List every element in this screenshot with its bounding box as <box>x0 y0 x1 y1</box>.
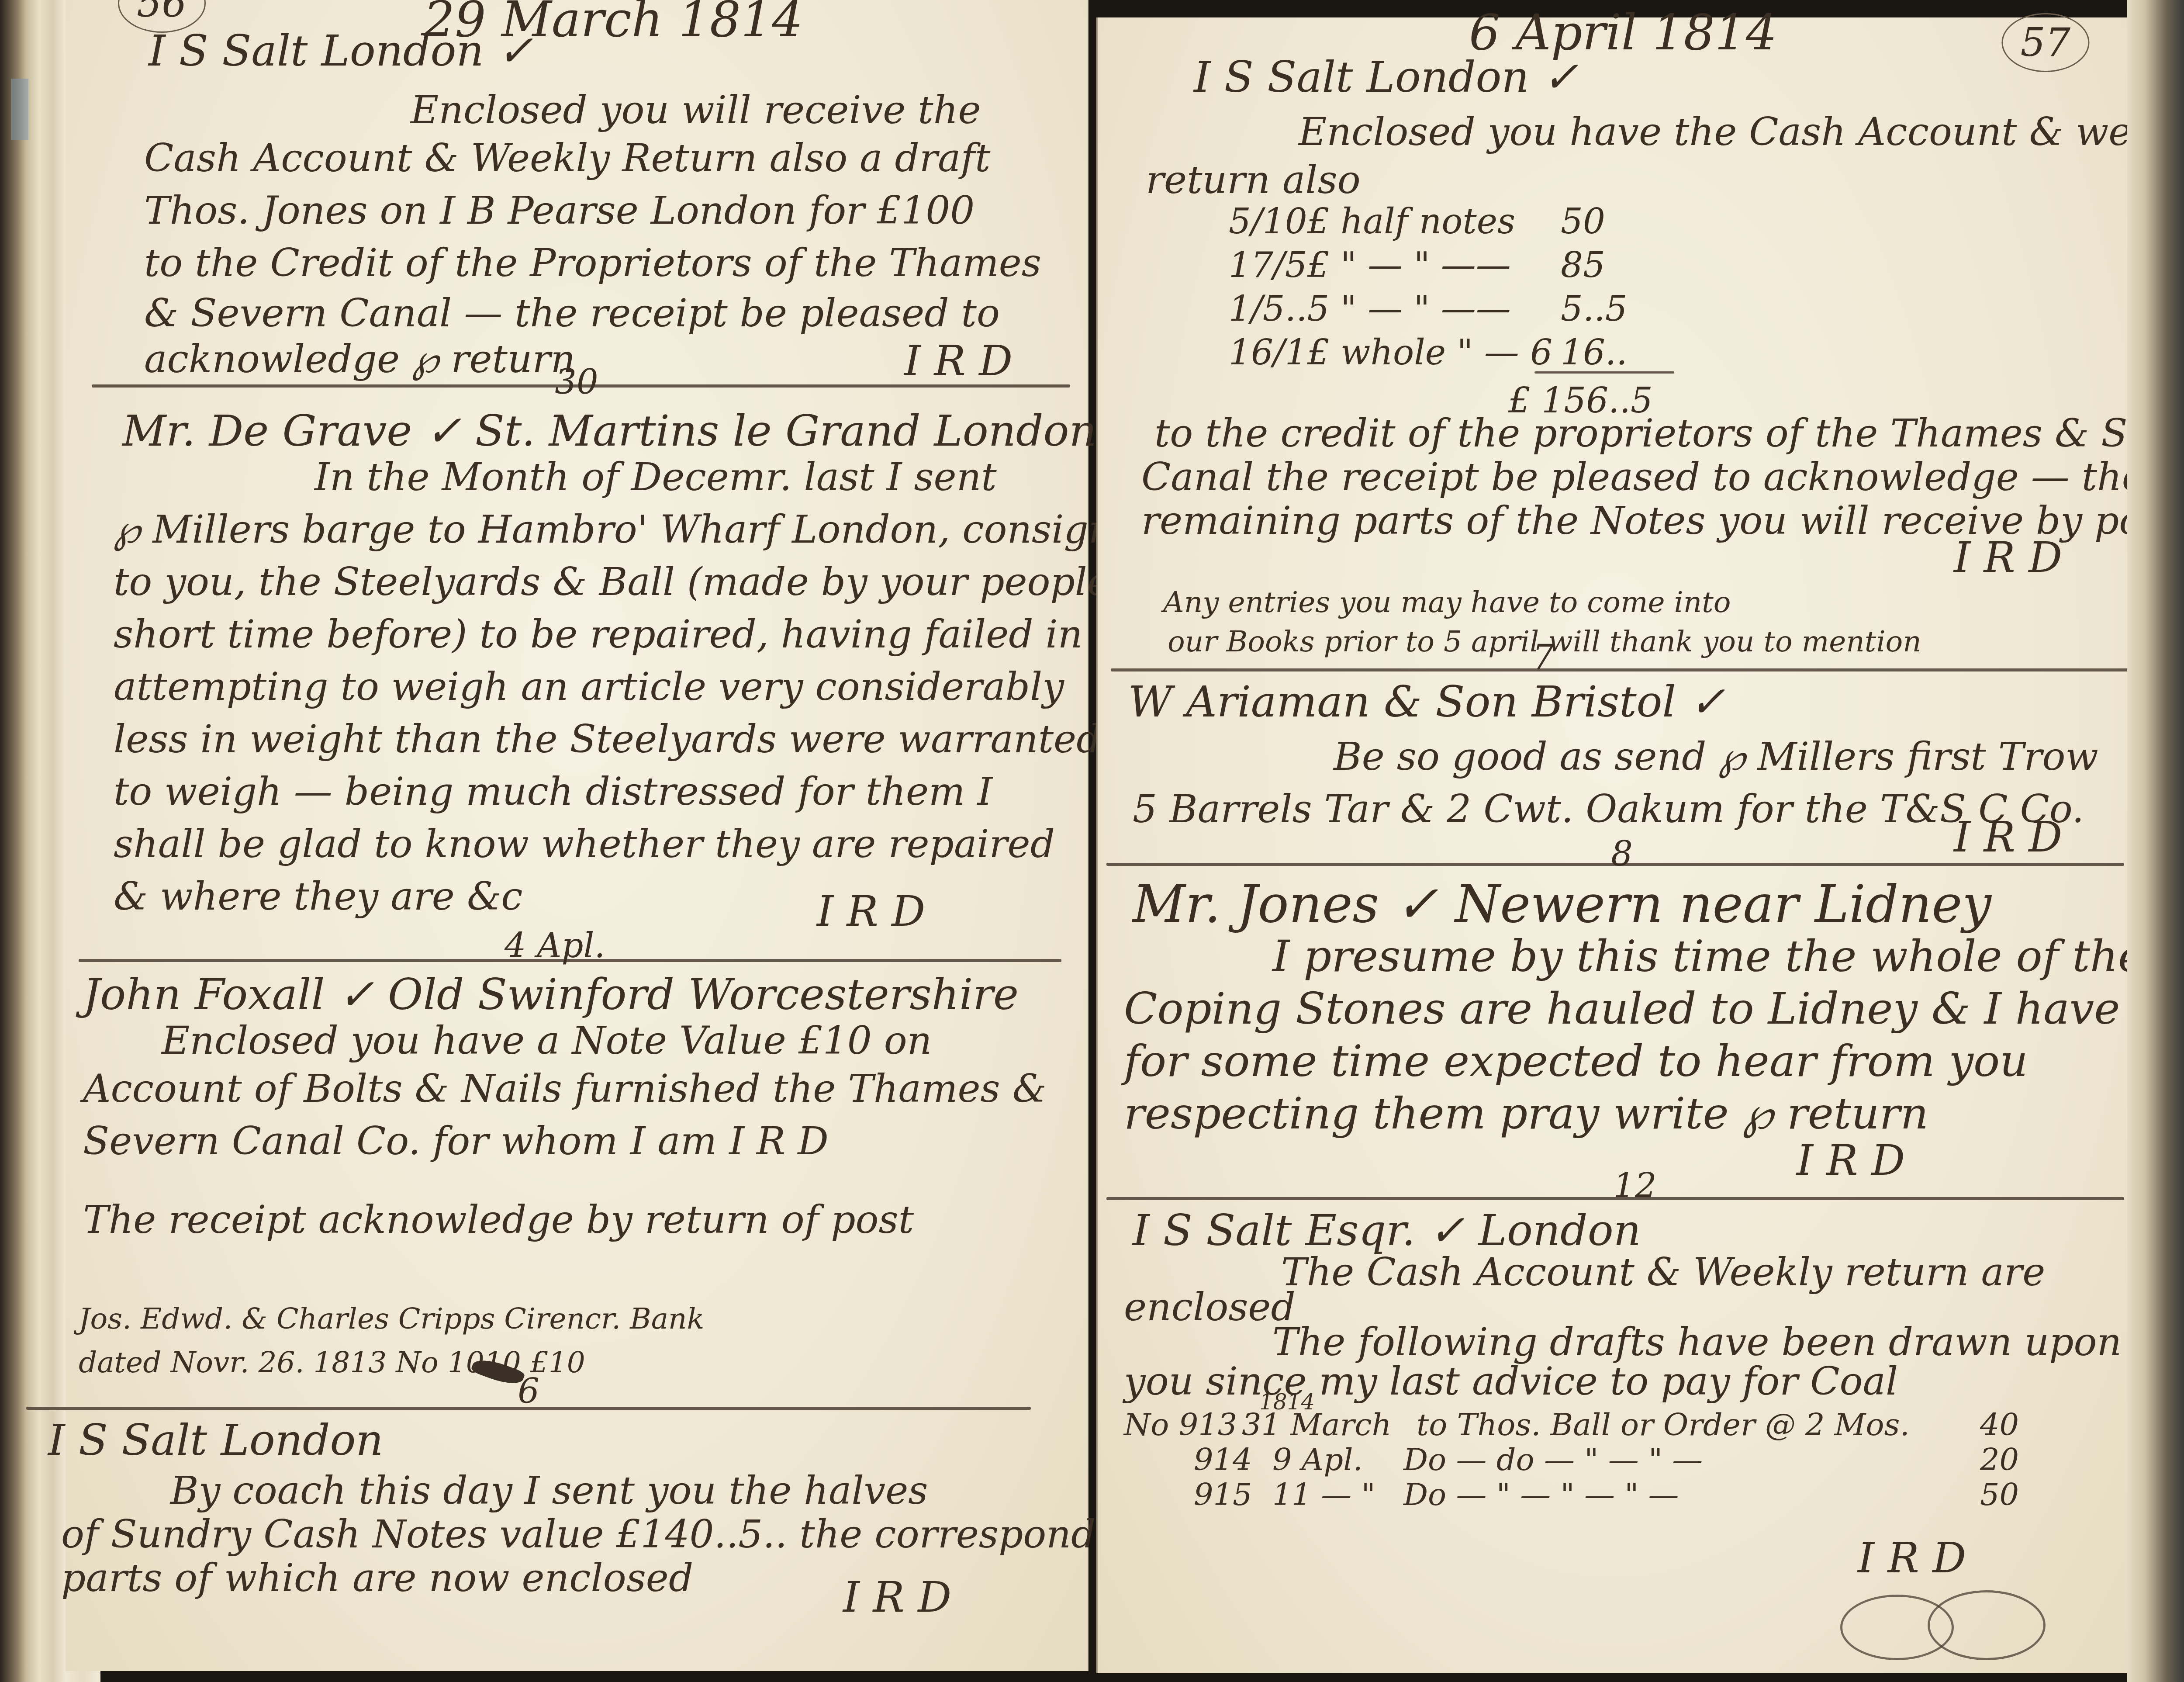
entry-line: shall be glad to know whether they are r… <box>114 821 1055 866</box>
entry-line: to the Credit of the Proprietors of the … <box>144 240 1041 285</box>
notes-amount: 5..5 <box>1561 288 1628 329</box>
entry-line: respecting them pray write ℘ return <box>1124 1088 1928 1139</box>
notes-amount: 85 <box>1561 245 1605 285</box>
entry-line: Enclosed you have the Cash Account & wee… <box>1299 109 2184 154</box>
entry-line: acknowledge ℘ return <box>144 336 575 381</box>
entry-line: you since my last advice to pay for Coal <box>1124 1359 1898 1404</box>
entry-line: Be so good as send ℘ Millers first Trow <box>1334 734 2098 779</box>
entry-line: Severn Canal Co. for whom I am I R D <box>83 1118 829 1163</box>
postscript-line: Any entries you may have to come into <box>1163 585 1731 619</box>
draft-payee: Do — " — " — " — <box>1403 1477 1679 1512</box>
entry-line: of Sundry Cash Notes value £140..5.. the… <box>61 1512 1133 1557</box>
entry-line: to weigh — being much distressed for the… <box>114 769 992 814</box>
entry-line: 5 Barrels Tar & 2 Cwt. Oakum for the T&S… <box>1133 786 2084 831</box>
entry-addressee: I S Salt London <box>48 1416 384 1465</box>
right-page-edges <box>2127 0 2184 1682</box>
entry-line: parts of which are now enclosed <box>61 1555 693 1600</box>
draft-no: 914 <box>1194 1442 1252 1478</box>
entry-line: Coping Stones are hauled to Lidney & I h… <box>1124 983 2120 1034</box>
draft-date: 11 — " <box>1272 1477 1375 1512</box>
sum-rule <box>1534 371 1674 374</box>
signature: I R D <box>1858 1533 1966 1582</box>
entry-addressee: W Ariaman & Son Bristol ✓ <box>1128 677 1725 727</box>
signature: I R D <box>904 336 1013 385</box>
divider-date: 8 <box>1611 834 1633 874</box>
entry-line: to you, the Steelyards & Ball (made by y… <box>114 559 1145 604</box>
entry-addressee: Mr. Jones ✓ Newern near Lidney <box>1133 874 1991 934</box>
notes-amount: 50 <box>1561 201 1605 242</box>
notes-amount: 16.. <box>1561 332 1628 373</box>
entry-line: By coach this day I sent you the halves <box>170 1468 928 1513</box>
entry-line: less in weight than the Steelyards were … <box>114 716 1101 761</box>
entry-line: enclosed <box>1124 1284 1296 1329</box>
right-page: 57 6 April 1814 I S Salt London ✓ Enclos… <box>1096 17 2129 1673</box>
entry-line: ℘ Millers barge to Hambro' Wharf London,… <box>114 507 1161 552</box>
signature: I R D <box>1954 533 2062 582</box>
entry-line: for some time expected to hear from you <box>1124 1035 2028 1087</box>
notes-item: 17/5£ " — " —— <box>1229 245 1511 285</box>
draft-amount: 20 <box>1980 1442 2019 1478</box>
divider-date: 12 <box>1613 1166 1656 1206</box>
entry-addressee: John Foxall ✓ Old Swinford Worcestershir… <box>83 970 1019 1020</box>
draft-date: 31 March <box>1242 1407 1391 1443</box>
entry-line: return also <box>1146 157 1361 202</box>
entry-line: attempting to weigh an article very cons… <box>114 664 1064 709</box>
entry-line: Cash Account & Weekly Return also a draf… <box>144 135 990 180</box>
entry-line: & where they are &c <box>114 874 523 919</box>
entry-addressee: I S Salt London ✓ <box>149 26 533 76</box>
notes-item: 1/5..5 " — " —— <box>1229 288 1511 329</box>
draft-no: 915 <box>1194 1477 1252 1512</box>
draft-amount: 40 <box>1980 1407 2019 1443</box>
draft-no: No 913 <box>1124 1407 1237 1443</box>
entry-line: I presume by this time the whole of the <box>1272 931 2144 982</box>
entry-line: short time before) to be repaired, havin… <box>114 612 1082 657</box>
folio-number: 57 <box>2001 13 2089 72</box>
divider-date: 4 Apl. <box>505 926 605 966</box>
note-line: Jos. Edwd. & Charles Cripps Cirencr. Ban… <box>79 1302 705 1336</box>
entry-line: The receipt acknowledge by return of pos… <box>83 1197 914 1242</box>
signature: I R D <box>1954 813 2062 862</box>
entry-line: The Cash Account & Weekly return are <box>1281 1249 2045 1294</box>
entry-line: to the credit of the proprietors of the … <box>1154 411 2184 456</box>
draft-payee: to Thos. Ball or Order @ 2 Mos. <box>1417 1407 1910 1443</box>
draft-payee: Do — do — " — " — <box>1403 1442 1703 1478</box>
entry-line: & Severn Canal — the receipt be pleased … <box>144 291 1000 336</box>
entry-addressee: Mr. De Grave ✓ St. Martins le Grand Lond… <box>122 406 1097 456</box>
open-letter-book: 56 29 March 1814 I S Salt London ✓ Enclo… <box>0 0 2184 1682</box>
signature: I R D <box>1797 1136 1905 1185</box>
divider-date: 7 <box>1532 638 1554 677</box>
left-page: 56 29 March 1814 I S Salt London ✓ Enclo… <box>66 0 1089 1671</box>
entry-line: Canal the receipt be pleased to acknowle… <box>1141 454 2145 499</box>
signature: I R D <box>843 1573 951 1622</box>
entry-line: Enclosed you have a Note Value £10 on <box>162 1018 932 1063</box>
entry-line: Thos. Jones on I B Pearse London for £10… <box>144 188 975 233</box>
signature: I R D <box>817 887 925 936</box>
entry-divider <box>1111 668 2129 671</box>
entry-addressee: I S Salt Esqr. ✓ London <box>1133 1206 1641 1256</box>
entry-line: Account of Bolts & Nails furnished the T… <box>83 1066 1047 1111</box>
entry-line: The following drafts have been drawn upo… <box>1272 1319 2122 1364</box>
notes-item: 16/1£ whole " — 6 <box>1229 332 1552 373</box>
entry-addressee: I S Salt London ✓ <box>1194 52 1579 102</box>
entry-line: Enclosed you will receive the <box>411 87 981 132</box>
signature-flourish <box>1928 1590 2046 1660</box>
divider-date: 6 <box>518 1372 539 1411</box>
divider-date: 30 <box>555 363 598 402</box>
notes-item: 5/10£ half notes <box>1229 201 1515 242</box>
draft-amount: 50 <box>1980 1477 2019 1512</box>
entry-line: In the Month of Decemr. last I sent <box>314 454 997 499</box>
draft-date: 9 Apl. <box>1272 1442 1363 1478</box>
cover-stain <box>11 79 28 140</box>
